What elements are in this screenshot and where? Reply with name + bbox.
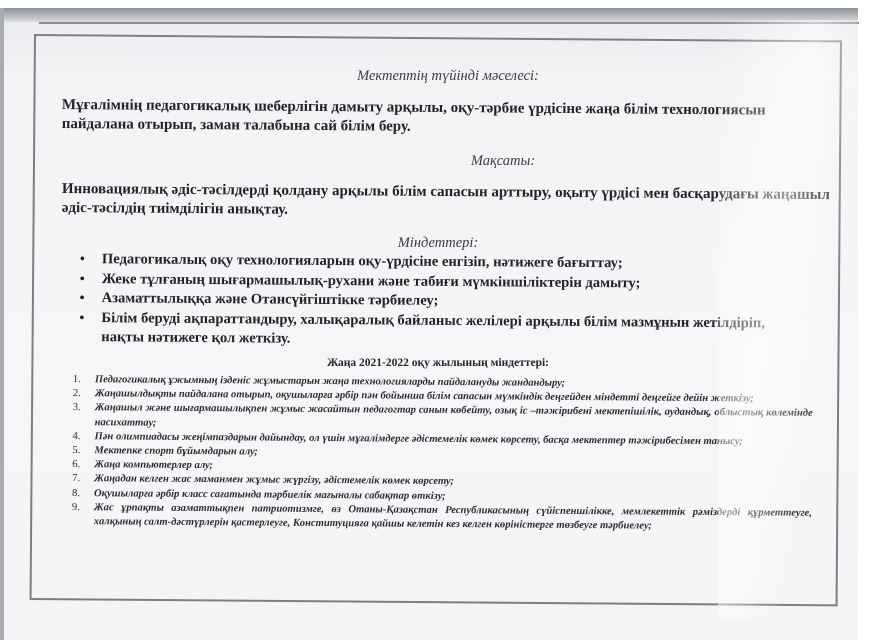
problem-text: Мұғалімнің педагогикалық шеберлігін дамы… [62,96,772,140]
year-task-item: 9.Жас ұрпақты азаматтықпен патриотизмге,… [67,501,812,535]
bullet-icon: • [80,250,85,270]
bullet-icon: • [80,270,85,290]
year-tasks-list: 1.Педагогикалық ұжымның ізденіс жұмыстар… [67,373,813,535]
goal-text: Инновациялық әдіс-тәсілдерді қолдану арқ… [62,180,832,224]
tasks-list: •Педагогикалық оқу технологияларын оқу-ү… [77,250,838,353]
document-content: Мектептің түйінді мәселесі: Мұғалімнің п… [0,0,876,640]
problem-heading: Мектептің түйінді мәселесі: [10,68,876,85]
year-tasks-heading: Жаңа 2021-2022 оқу жылының міндеттері: [0,357,876,369]
task-item: •Білім беруді ақпараттандыру, халықаралы… [77,308,837,353]
bullet-icon: • [79,309,84,329]
bullet-icon: • [80,289,85,309]
goal-heading: Мақсаты: [65,153,876,170]
